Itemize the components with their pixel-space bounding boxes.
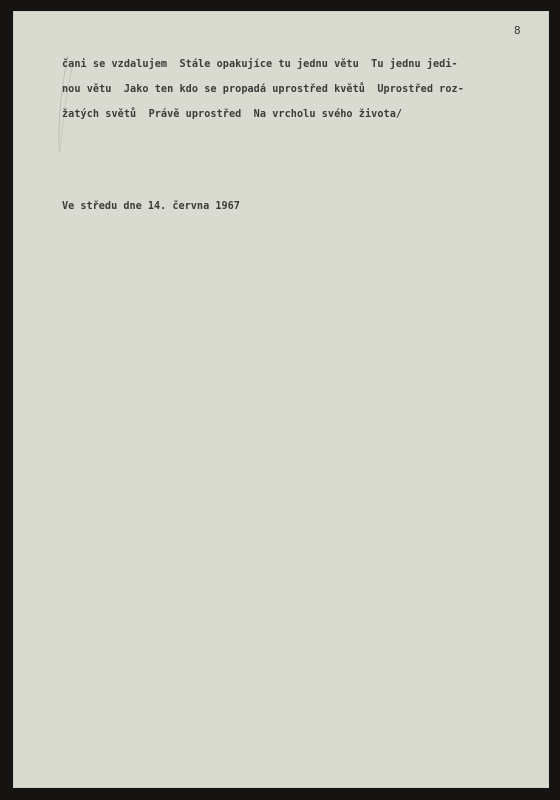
text-line: čani se vzdalujem Stále opakujíce tu jed… [62, 52, 532, 77]
date-line: Ve středu dne 14. června 1967 [62, 201, 240, 212]
text-line: nou větu Jako ten kdo se propadá uprostř… [62, 77, 532, 102]
text-line: žatých světů Právě uprostřed Na vrcholu … [62, 102, 532, 127]
typed-paragraph: čani se vzdalujem Stále opakujíce tu jed… [62, 52, 532, 127]
page-number: 8 [514, 24, 521, 37]
document-page: 8 [13, 11, 549, 788]
